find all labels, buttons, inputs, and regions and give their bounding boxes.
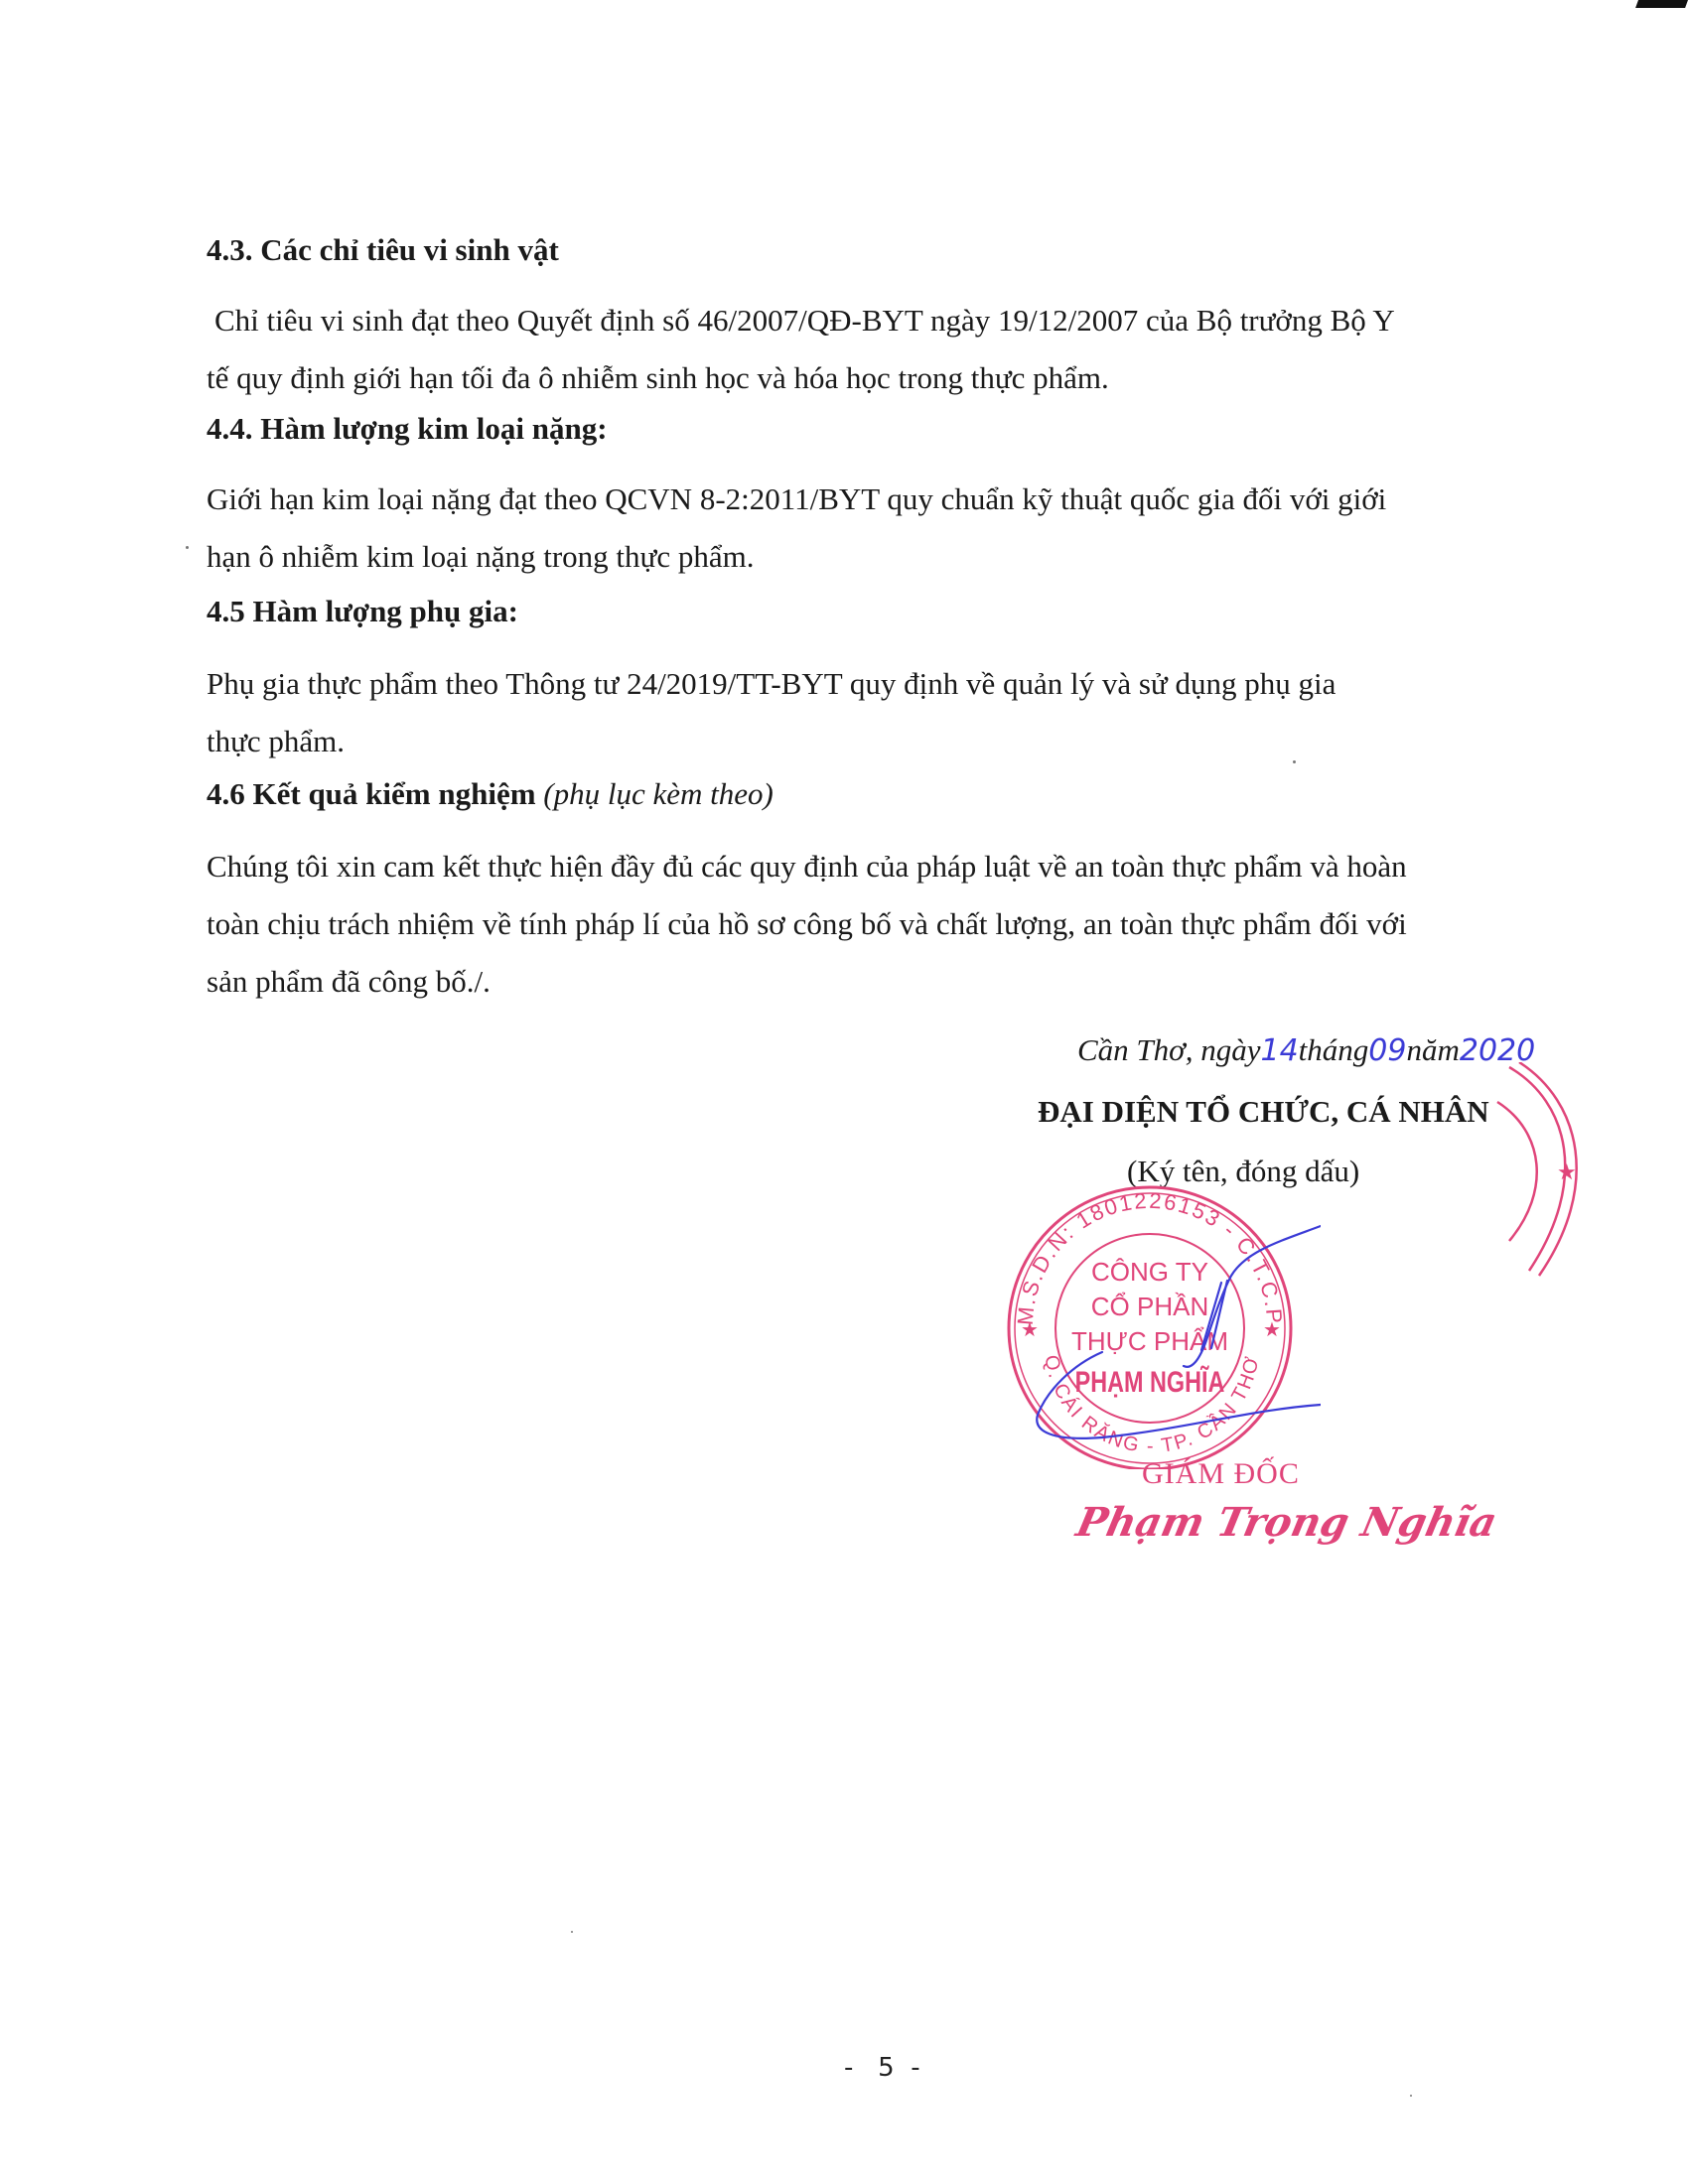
body-line: Phụ gia thực phẩm theo Thông tư 24/2019/… bbox=[207, 655, 1336, 713]
heading-note: (phụ lục kèm theo) bbox=[543, 776, 774, 811]
body-line: tế quy định giới hạn tối đa ô nhiễm sinh… bbox=[207, 349, 1395, 407]
representative-title: ĐẠI DIỆN TỔ CHỨC, CÁ NHÂN bbox=[1038, 1094, 1489, 1130]
place-prefix: Cần Thơ, ngày bbox=[1077, 1032, 1260, 1067]
body-line: thực phẩm. bbox=[207, 713, 1336, 770]
scan-artifact bbox=[1635, 0, 1688, 8]
body-line: Chúng tôi xin cam kết thực hiện đầy đủ c… bbox=[207, 838, 1407, 895]
handwritten-day: 14 bbox=[1260, 1033, 1298, 1068]
stamp-line: CỔ PHẦN bbox=[1091, 1292, 1208, 1321]
month-label: tháng bbox=[1299, 1032, 1369, 1067]
section-heading-4-5: 4.5 Hàm lượng phụ gia: bbox=[207, 592, 518, 631]
place-date: Cần Thơ, ngày14tháng09năm2020 bbox=[1077, 1032, 1535, 1068]
page-number: - 5 - bbox=[844, 2053, 920, 2083]
year-label: năm bbox=[1406, 1032, 1459, 1067]
section-heading-4-6: 4.6 Kết quả kiểm nghiệm (phụ lục kèm the… bbox=[207, 774, 774, 814]
scan-speck bbox=[186, 546, 189, 549]
body-line: hạn ô nhiễm kim loại nặng trong thực phẩ… bbox=[207, 528, 1386, 586]
body-line: Chỉ tiêu vi sinh đạt theo Quyết định số … bbox=[207, 292, 1395, 349]
company-stamp-icon: M.S.D.N: 1801226153 - C.T.C.P Q. CÁI RĂN… bbox=[993, 1171, 1321, 1469]
handwritten-month: 09 bbox=[1368, 1033, 1406, 1068]
body-line: toàn chịu trách nhiệm về tính pháp lí củ… bbox=[207, 895, 1407, 953]
commitment-paragraph: Chúng tôi xin cam kết thực hiện đầy đủ c… bbox=[207, 838, 1407, 1011]
stamp-line: PHẠM NGHĨA bbox=[1075, 1364, 1225, 1399]
section-heading-4-3: 4.3. Các chỉ tiêu vi sinh vật bbox=[207, 230, 559, 270]
scan-speck bbox=[571, 1931, 573, 1933]
partial-stamp-icon: ★ bbox=[1489, 1062, 1599, 1281]
svg-text:★: ★ bbox=[1557, 1160, 1577, 1184]
section-body-4-4: Giới hạn kim loại nặng đạt theo QCVN 8-2… bbox=[207, 471, 1386, 586]
director-title: GIÁM ĐỐC bbox=[1142, 1457, 1300, 1491]
body-line: sản phẩm đã công bố./. bbox=[207, 953, 1407, 1011]
scan-speck bbox=[1410, 2095, 1412, 2097]
director-name: Phạm Trọng Nghĩa bbox=[1072, 1499, 1501, 1546]
stamp-line: CÔNG TY bbox=[1091, 1257, 1208, 1287]
body-line: Giới hạn kim loại nặng đạt theo QCVN 8-2… bbox=[207, 471, 1386, 528]
section-body-4-5: Phụ gia thực phẩm theo Thông tư 24/2019/… bbox=[207, 655, 1336, 770]
section-body-4-3: Chỉ tiêu vi sinh đạt theo Quyết định số … bbox=[207, 292, 1395, 407]
section-heading-4-4: 4.4. Hàm lượng kim loại nặng: bbox=[207, 409, 608, 449]
svg-text:★: ★ bbox=[1021, 1319, 1039, 1341]
svg-text:★: ★ bbox=[1263, 1319, 1281, 1341]
heading-text: 4.6 Kết quả kiểm nghiệm bbox=[207, 776, 536, 811]
